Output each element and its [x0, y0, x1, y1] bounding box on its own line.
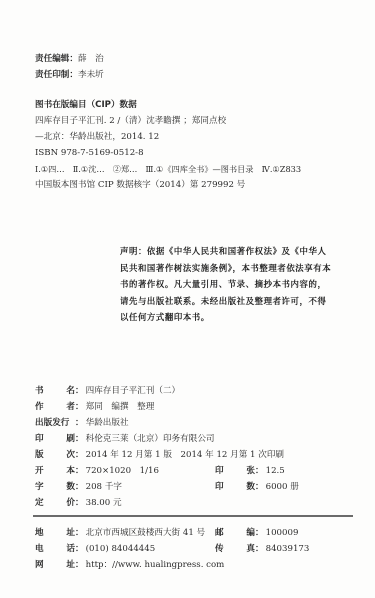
print-run-row: 印数：6000 册 [215, 482, 299, 493]
statement-line: 声明：依据《中华人民共和国著作权法》及《中华人 [120, 243, 365, 260]
title-row: 书名：四库存目子平汇刊（二） [35, 386, 180, 397]
cip-line: Ⅰ.①四… Ⅱ.①沈… ②郑… Ⅲ.①《四库全书》—图书目录 Ⅳ.①Z833 [35, 164, 301, 175]
publisher: 华龄出版社 [86, 418, 129, 429]
address-row: 地址：北京市西城区鼓楼西大街 41 号 [35, 528, 205, 539]
edition-row: 版次：2014 年 12 月第 1 版 2014 年 12 月第 1 次印刷 [35, 450, 284, 461]
editor-line: 责任编辑：薛 治 [35, 54, 104, 65]
author: 郑同 编撰 整理 [86, 402, 155, 413]
postcode-row: 邮编：100009 [215, 528, 298, 539]
book-title: 四库存目子平汇刊（二） [86, 386, 181, 397]
edition: 2014 年 12 月第 1 版 2014 年 12 月第 1 次印刷 [86, 450, 284, 461]
sheets: 12.5 [266, 466, 285, 477]
format: 720×1020 1/16 [86, 466, 159, 477]
cip-heading: 图书在版编目（CIP）数据 [35, 100, 137, 111]
print-run: 6000 册 [266, 482, 299, 493]
cip-line: 四库存目子平汇刊. 2 /（清）沈孝瞻撰 ；郑同点校 [35, 116, 226, 127]
phone: (010) 84044445 [86, 544, 156, 555]
price: 38.00 元 [86, 498, 122, 509]
word-count: 208 千字 [86, 482, 122, 493]
cip-line: —北京：华龄出版社，2014. 12 [35, 132, 159, 143]
copyright-page: 责任编辑：薛 治 责任印制：李未圻 图书在版编目（CIP）数据 四库存目子平汇刊… [0, 0, 375, 598]
statement-line: 以任何方式翻印本书。 [120, 309, 365, 326]
printer: 科伦克三莱（北京）印务有限公司 [86, 434, 215, 445]
publisher-row: 出版发行：华龄出版社 [35, 418, 129, 429]
statement-line: 民共和国著作树法实施条例》，本书整理者依法享有本 [120, 260, 365, 277]
sheets-row: 印张：12.5 [215, 466, 285, 477]
editor-value: 薛 治 [78, 54, 104, 64]
website: http：//www. hualingpress. com [86, 560, 225, 571]
cip-line: ISBN 978-7-5169-0512-8 [35, 148, 144, 159]
statement-line: 请先与出版社联系。未经出版社及整理者许可，不得 [120, 293, 365, 310]
postcode: 100009 [266, 528, 299, 539]
copyright-statement: 声明：依据《中华人民共和国著作权法》及《中华人 民共和国著作树法实施条例》，本书… [120, 243, 365, 326]
fax: 84039173 [266, 544, 310, 555]
statement-line: 书的著作权。凡大量引用、节录、摘抄本书内容的， [120, 276, 365, 293]
word-count-row: 字数：208 千字 [35, 482, 122, 493]
website-row: 网址：http：//www. hualingpress. com [35, 560, 224, 571]
format-row: 开本：720×1020 1/16 [35, 466, 159, 477]
print-manager-label: 责任印制： [35, 70, 78, 80]
printer-row: 印刷：科伦克三莱（北京）印务有限公司 [35, 434, 215, 445]
print-manager-value: 李未圻 [78, 70, 104, 80]
price-row: 定价：38.00 元 [35, 498, 122, 509]
address: 北京市西城区鼓楼西大街 41 号 [86, 528, 206, 539]
cip-line: 中国版本图书馆 CIP 数据核字（2014）第 279992 号 [35, 180, 245, 191]
editor-label: 责任编辑： [35, 54, 78, 64]
divider [33, 515, 353, 517]
phone-row: 电话：(010) 84044445 [35, 544, 155, 555]
author-row: 作者：郑同 编撰 整理 [35, 402, 154, 413]
print-manager-line: 责任印制：李未圻 [35, 70, 104, 81]
fax-row: 传真：84039173 [215, 544, 309, 555]
